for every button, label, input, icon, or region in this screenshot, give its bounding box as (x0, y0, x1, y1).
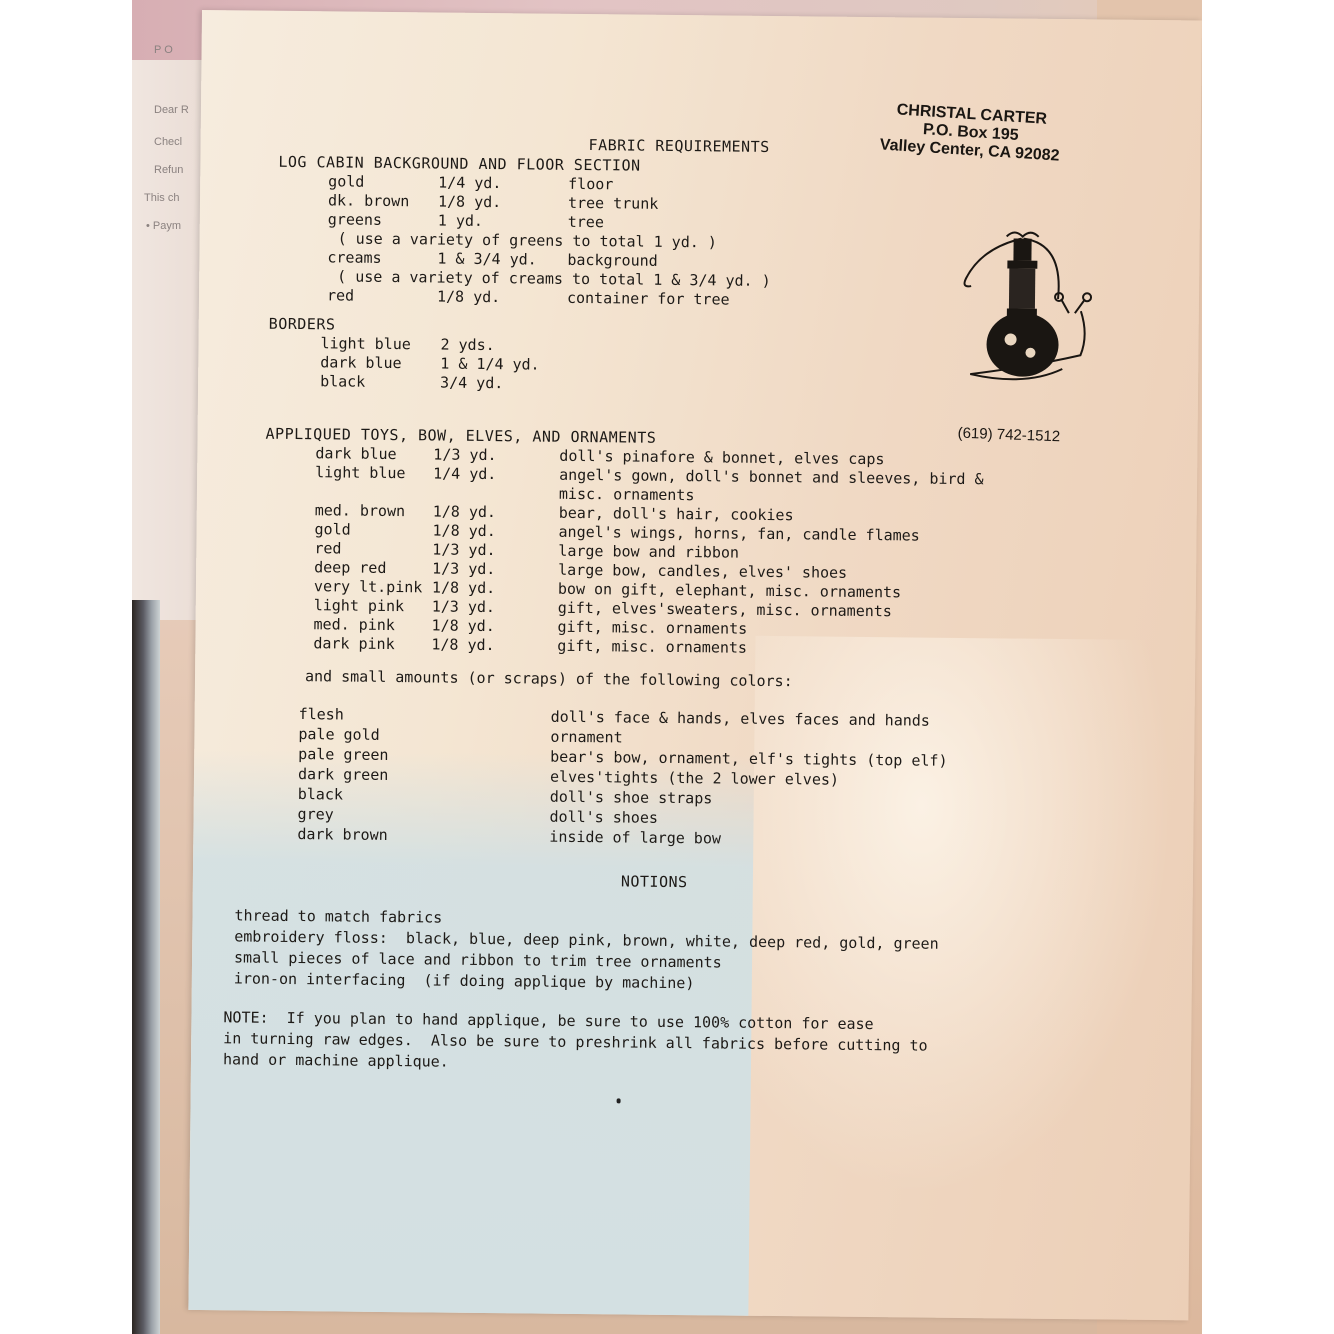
fabric-use: tree trunk (568, 194, 659, 214)
fabric-amount: 1/4 yd. (433, 464, 496, 484)
fabric-use: bear, doll's hair, cookies (559, 504, 794, 525)
fabric-color: light blue (315, 463, 406, 483)
scrap-color: dark green (298, 765, 389, 785)
binder-edge (132, 600, 160, 1334)
fabric-amount: 1/3 yd. (432, 540, 495, 560)
fabric-use: misc. ornaments (559, 485, 695, 505)
fabric-amount: 1/3 yd. (432, 559, 495, 579)
fabric-color: greens (328, 210, 382, 230)
snail-with-thread-spool-icon (950, 224, 1102, 396)
fabric-color: med. brown (315, 501, 406, 521)
fabric-color: creams (327, 248, 381, 268)
fabric-color: gold (314, 520, 350, 539)
speck (617, 1098, 621, 1103)
page-title: FABRIC REQUIREMENTS (589, 136, 770, 157)
fabric-color: dk. brown (328, 191, 409, 211)
bg-doc-text: • Paym (146, 220, 181, 232)
fabric-color: red (327, 286, 354, 305)
bg-doc-text: Dear R (154, 104, 189, 116)
fabric-color: gold (328, 172, 364, 191)
note-line: hand or machine applique. (223, 1050, 449, 1071)
fabric-amount: 1/8 yd. (437, 287, 500, 307)
scrap-color: pale green (298, 745, 389, 765)
section-heading: BORDERS (269, 315, 336, 335)
bg-doc-text: This ch (144, 192, 179, 204)
scrap-use: doll's shoes (549, 808, 658, 828)
fabric-use: floor (568, 175, 613, 194)
fabric-color: dark pink (313, 634, 394, 654)
fabric-use: container for tree (567, 289, 730, 310)
photo: P O Dear R Checl Refun This ch • Paym ✓ … (132, 0, 1202, 1334)
fabric-color: dark blue (315, 444, 396, 464)
scrap-color: dark brown (297, 825, 388, 845)
scrap-color: grey (297, 805, 333, 824)
fabric-color: red (314, 539, 341, 558)
scrap-use: doll's face & hands, elves faces and han… (551, 708, 930, 731)
fabric-color: deep red (314, 558, 386, 578)
fabric-use: tree (568, 213, 604, 232)
fabric-amount: 1/8 yd. (431, 616, 494, 636)
section-note: ( use a variety of creams to total 1 & 3… (337, 267, 771, 291)
fabric-amount: 1 yd. (438, 211, 483, 230)
fabric-color: black (320, 372, 365, 391)
fabric-amount: 1 & 1/4 yd. (440, 355, 540, 375)
fabric-amount: 3/4 yd. (440, 374, 503, 394)
fabric-use: gift, misc. ornaments (557, 618, 747, 639)
bg-doc-text: Refun (154, 164, 183, 176)
fabric-amount: 1 & 3/4 yd. (437, 249, 537, 269)
scrap-use: ornament (550, 728, 622, 748)
fabric-amount: 1/8 yd. (432, 521, 495, 541)
fabric-amount: 1/8 yd. (432, 578, 495, 598)
fabric-amount: 1/3 yd. (433, 445, 496, 465)
section-note: ( use a variety of greens to total 1 yd.… (338, 229, 717, 252)
scrap-use: inside of large bow (549, 828, 721, 849)
fabric-use: large bow and ribbon (558, 542, 739, 563)
notion-item: thread to match fabrics (234, 906, 442, 927)
scrap-use: doll's shoe straps (550, 788, 713, 809)
fabric-color: very lt.pink (314, 577, 423, 597)
fabric-color: dark blue (320, 353, 401, 373)
scraps-intro: and small amounts (or scraps) of the fol… (305, 667, 793, 691)
phone-number: (619) 742-1512 (957, 425, 1060, 446)
fabric-use: background (567, 251, 658, 271)
fabric-amount: 1/4 yd. (438, 173, 501, 193)
fabric-amount: 2 yds. (440, 336, 494, 356)
notions-title: NOTIONS (621, 872, 688, 892)
scrap-color: black (298, 785, 343, 804)
fabric-amount: 1/8 yd. (433, 502, 496, 522)
bg-doc-text: Checl (154, 136, 182, 148)
fabric-amount: 1/3 yd. (432, 597, 495, 617)
scrap-color: flesh (299, 705, 344, 724)
fabric-color: light blue (320, 334, 411, 354)
scrap-color: pale gold (298, 725, 379, 745)
fabric-amount: 1/8 yd. (431, 635, 494, 655)
fabric-color: light pink (314, 596, 405, 616)
fabric-amount: 1/8 yd. (438, 192, 501, 212)
fabric-use: gift, misc. ornaments (557, 637, 747, 658)
fabric-requirements-sheet: CHRISTAL CARTER P.O. Box 195 Valley Cent… (188, 10, 1202, 1320)
bg-doc-text: P O (154, 44, 173, 56)
fabric-color: med. pink (313, 615, 394, 635)
company-address: CHRISTAL CARTER P.O. Box 195 Valley Cent… (879, 100, 1062, 165)
scrap-use: elves'tights (the 2 lower elves) (550, 768, 839, 790)
